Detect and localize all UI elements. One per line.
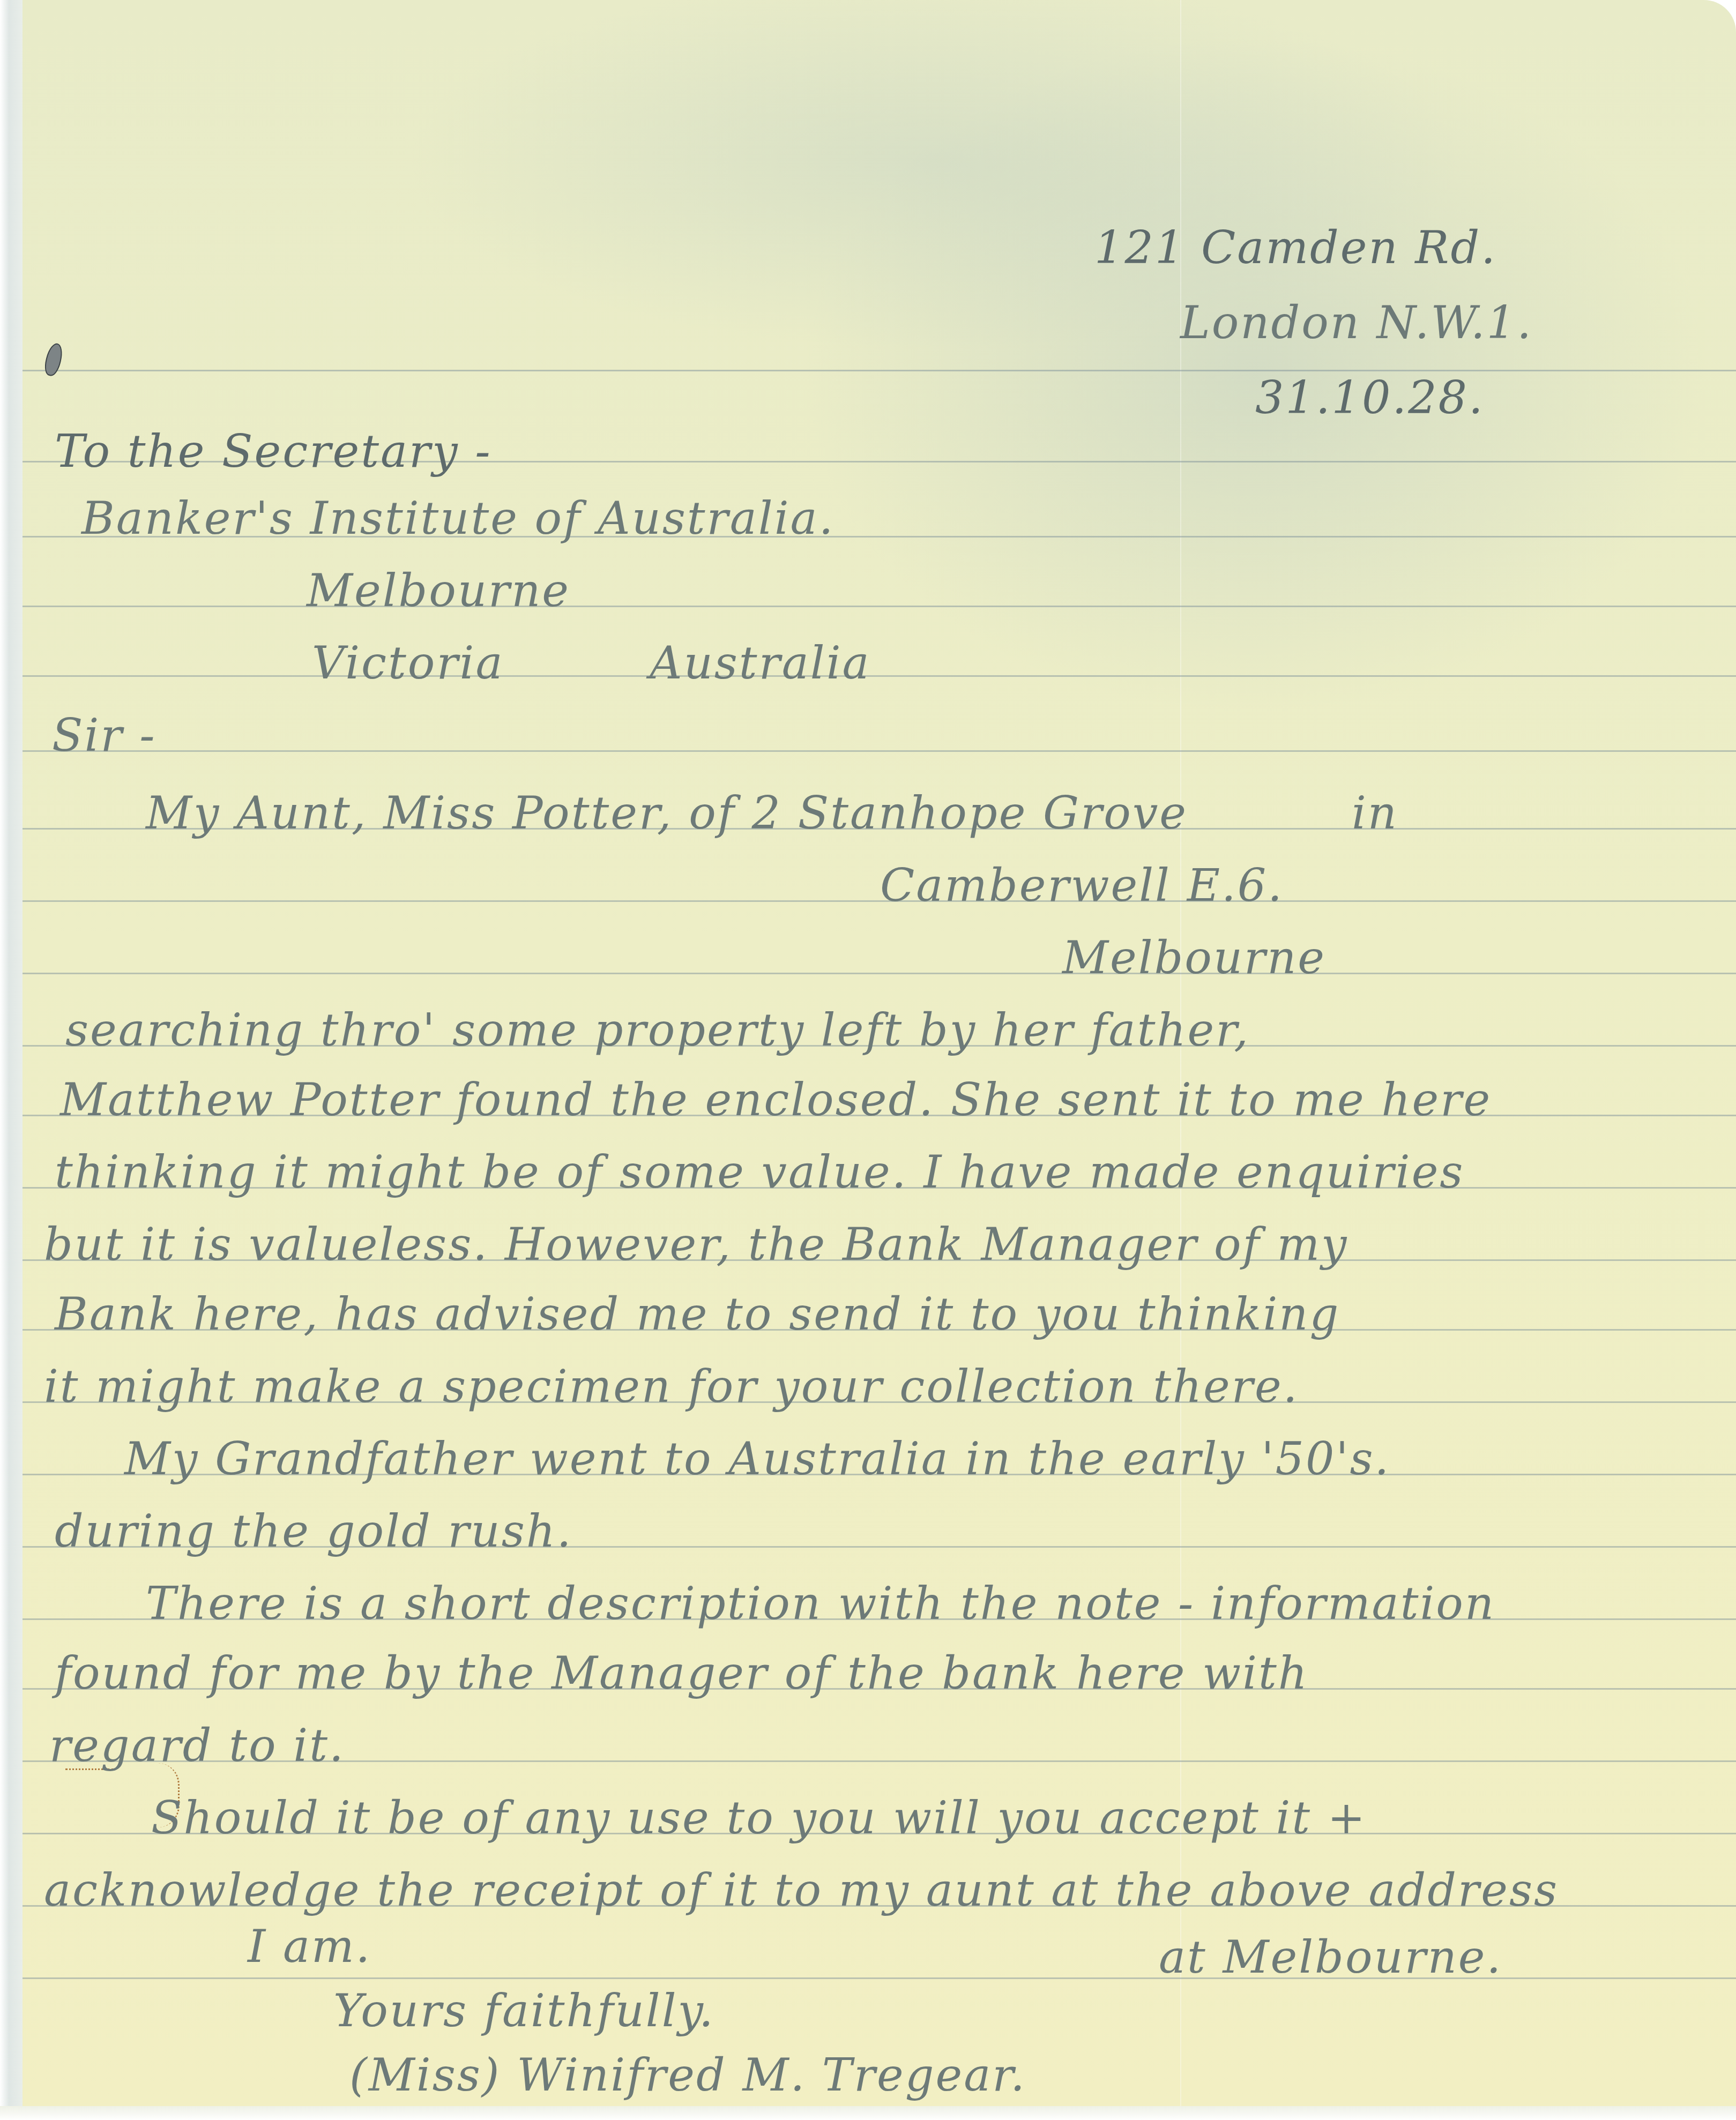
body-line: found for me by the Manager of the bank … [55,1651,1309,1696]
signature: (Miss) Winifred M. Tregear. [349,2052,1026,2097]
closing-line: I am. [248,1924,371,1969]
body-line: at Melbourne. [1159,1935,1502,1980]
body-line: searching thro' some property left by he… [65,1007,1250,1052]
body-line: thinking it might be of some value. I ha… [55,1149,1464,1195]
recipient-organization: Banker's Institute of Australia. [81,496,835,541]
body-line: acknowledge the receipt of it to my aunt… [44,1868,1559,1913]
body-line: but it is valueless. However, the Bank M… [44,1222,1348,1267]
ruled-line [23,973,1736,974]
body-line: My Grandfather went to Australia in the … [124,1436,1390,1481]
ruled-line [23,606,1736,607]
body-line: My Aunt, Miss Potter, of 2 Stanhope Grov… [146,790,1188,835]
body-line: Bank here, has advised me to send it to … [55,1292,1340,1337]
recipient-state: Victoria [312,640,504,685]
recipient-title: To the Secretary - [55,429,492,474]
letter-sheet: 121 Camden Rd. London N.W.1. 31.10.28. T… [23,0,1736,2106]
scan-bottom-edge [0,2106,1736,2120]
body-line: during the gold rush. [55,1509,573,1554]
sender-city: London N.W.1. [1180,300,1533,345]
sender-street: 121 Camden Rd. [1094,225,1497,270]
ruled-line [23,675,1736,677]
ink-blot [42,342,65,378]
body-line: Matthew Potter found the enclosed. She s… [60,1077,1492,1122]
salutation: Sir - [52,713,157,758]
body-line: regard to it. [49,1723,345,1768]
recipient-city: Melbourne [307,568,570,613]
recipient-country: Australia [650,640,871,685]
scan-left-edge [0,0,23,2120]
body-line: There is a short description with the no… [146,1581,1495,1626]
ruled-line [23,900,1736,902]
body-line: Melbourne [1062,935,1326,980]
body-line: in [1352,790,1398,835]
ruled-line [23,750,1736,752]
body-line: it might make a specimen for your collec… [44,1364,1299,1409]
letter-date: 31.10.28. [1255,375,1485,420]
body-line: Should it be of any use to you will you … [151,1795,1367,1840]
closing-valediction: Yours faithfully. [333,1988,715,2033]
body-line: Camberwell E.6. [880,863,1284,908]
